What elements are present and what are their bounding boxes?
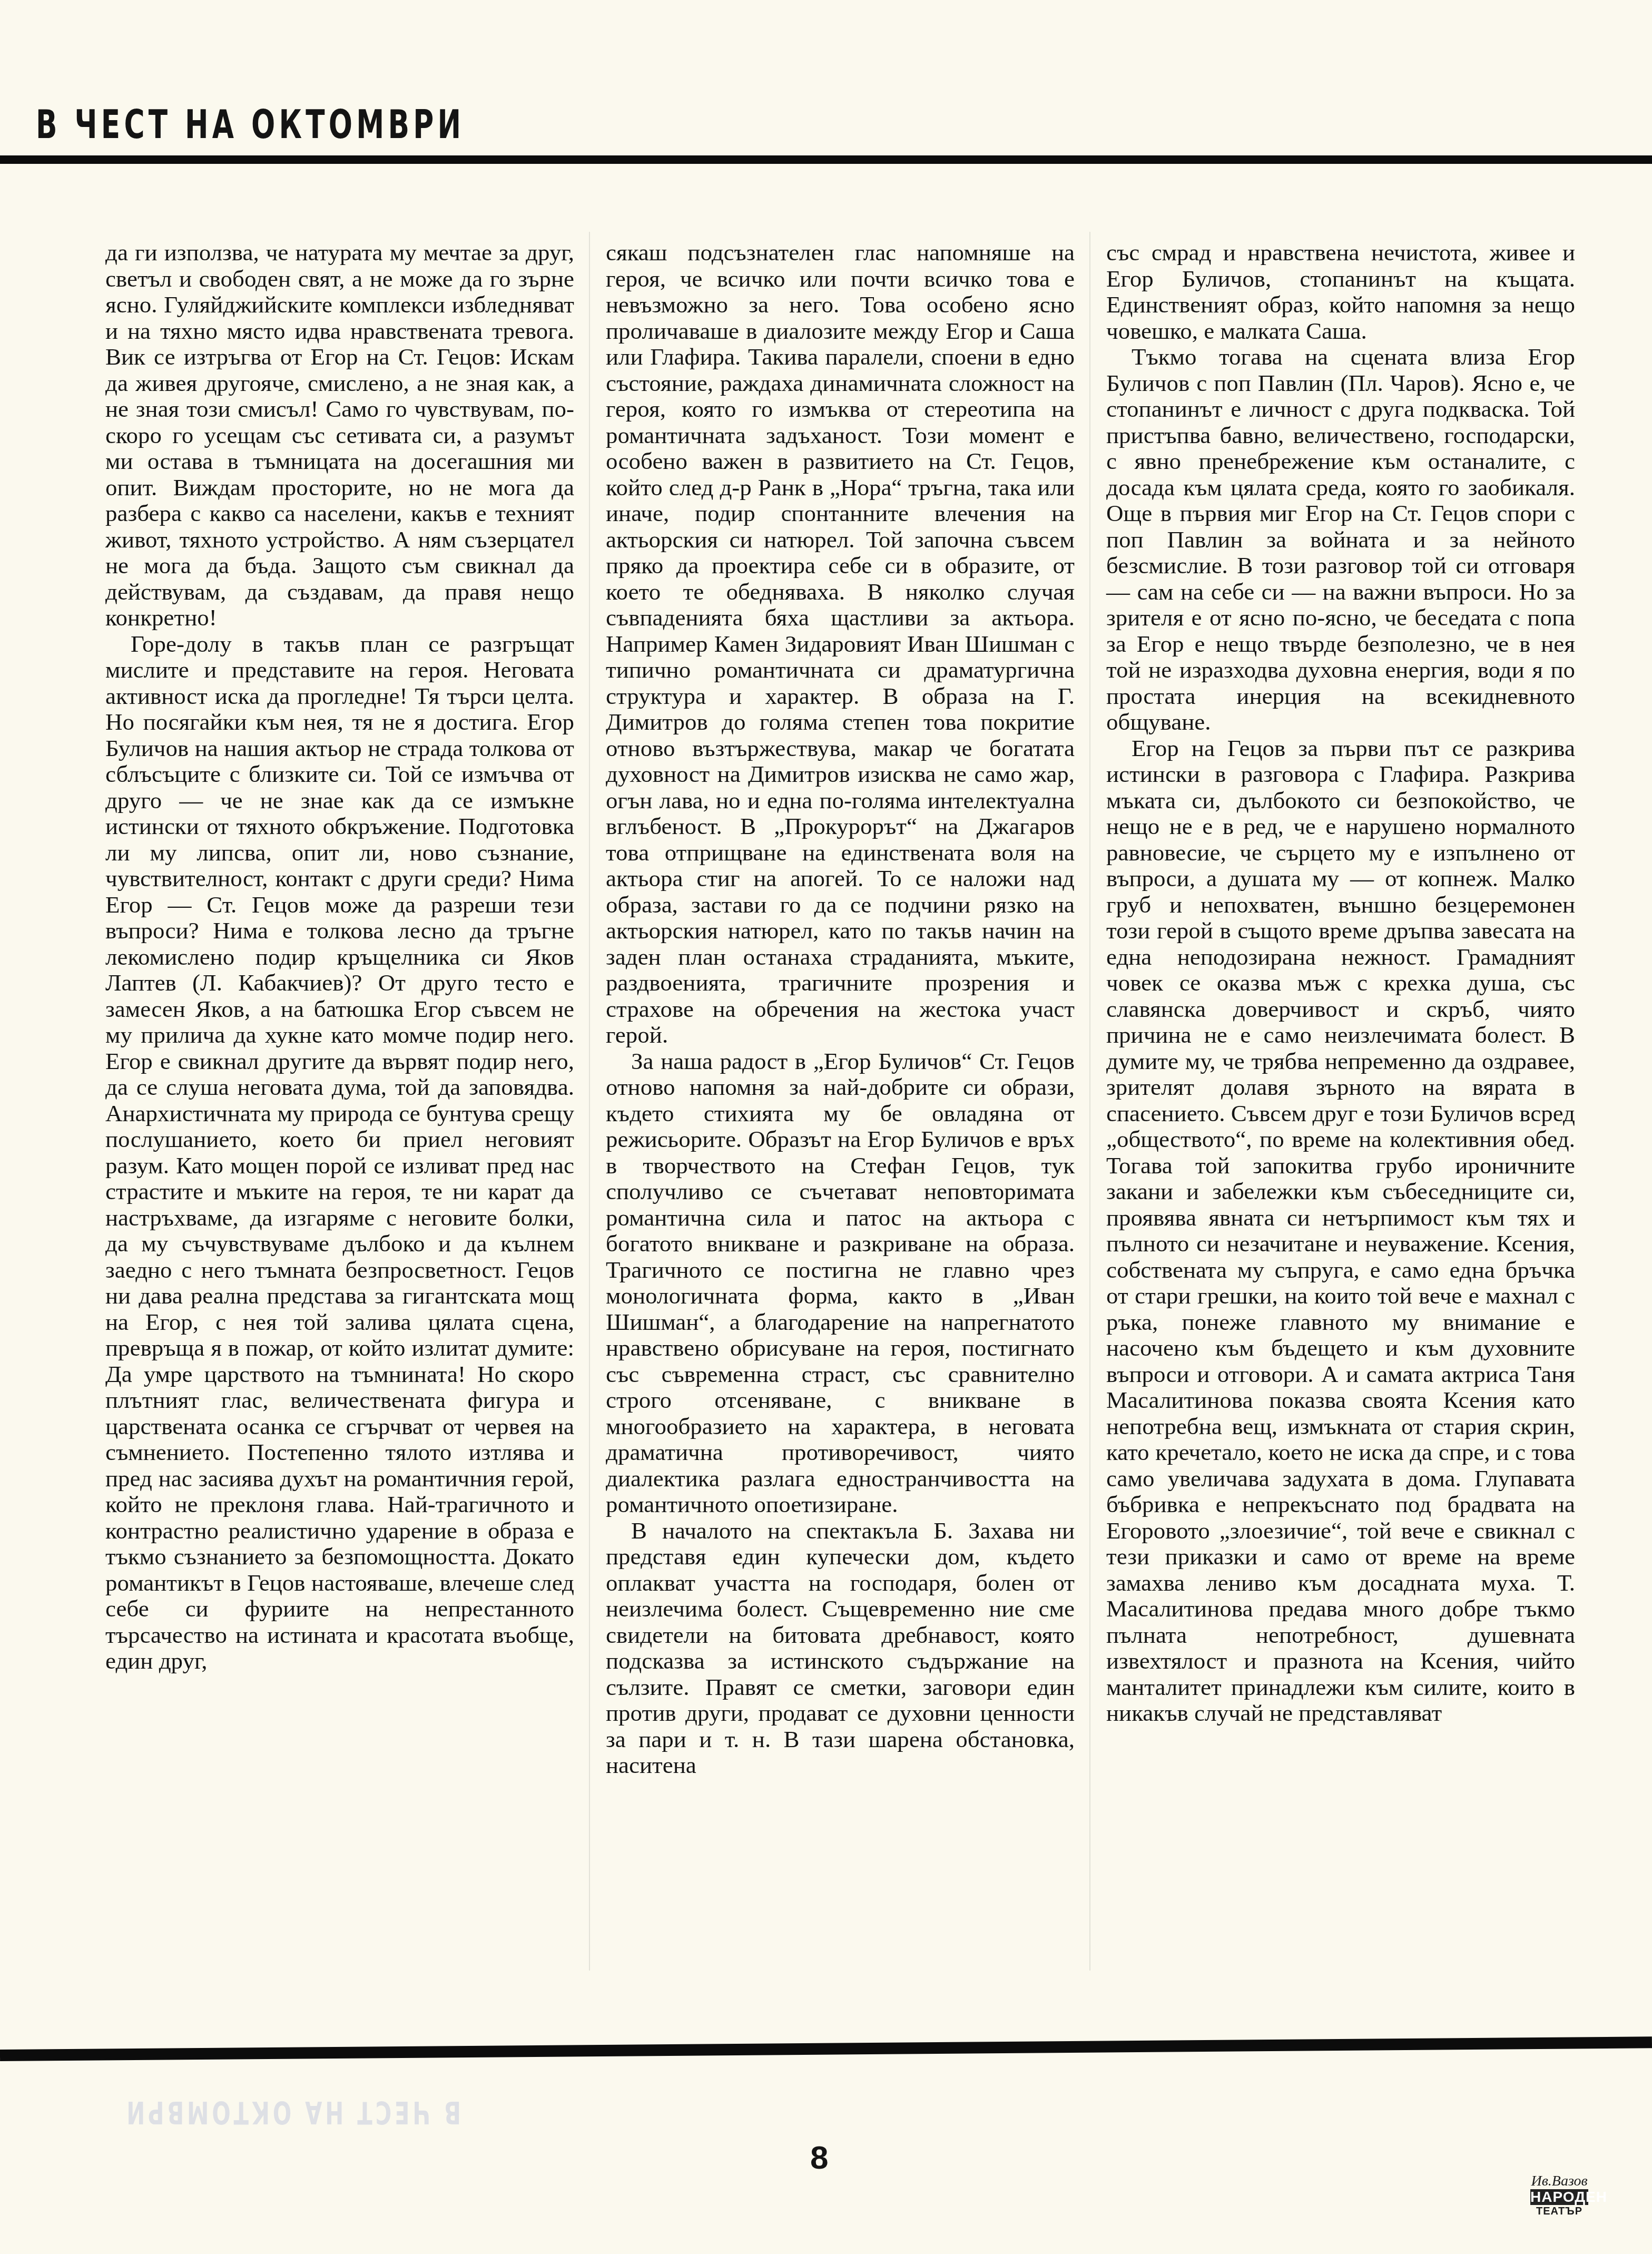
article-column-2: сякаш подсъзнателен глас напомняше на ге… xyxy=(606,240,1075,1779)
bleed-through-title: В ЧЕСТ НА ОКТОМВРИ xyxy=(124,2094,461,2130)
paragraph: Егор на Гецов за първи път се разкрива и… xyxy=(1106,736,1575,1727)
column-divider xyxy=(589,232,590,1971)
paragraph: Тъкмо тогава на сцената влиза Егор Булич… xyxy=(1106,344,1575,736)
footer-rule xyxy=(0,2036,1652,2061)
section-title: В ЧЕСТ НА ОКТОМВРИ xyxy=(36,105,465,144)
article-column-3: със смрад и нравствена нечистота, живее … xyxy=(1106,240,1575,1727)
column-divider xyxy=(1089,232,1090,1971)
paragraph: със смрад и нравствена нечистота, живее … xyxy=(1106,240,1575,344)
theatre-logo: Ив.Вазов НАРОДЕН ТЕАТЪР xyxy=(1530,2173,1588,2218)
logo-sub: ТЕАТЪР xyxy=(1530,2205,1588,2218)
logo-script: Ив.Вазов xyxy=(1530,2173,1588,2189)
paragraph: сякаш подсъзнателен глас напомняше на ге… xyxy=(606,240,1075,1048)
paragraph: В началото на спектакъла Б. Захава ни пр… xyxy=(606,1518,1075,1779)
article-column-1: да ги използва, че натурата му мечтае за… xyxy=(105,240,574,1674)
paragraph: За наша радост в „Егор Буличов“ Ст. Гецо… xyxy=(606,1048,1075,1518)
header-rule xyxy=(0,155,1652,164)
page-number: 8 xyxy=(810,2139,828,2177)
paragraph: Горе-долу в такъв план се разгръщат мисл… xyxy=(105,631,574,1674)
paragraph: да ги използва, че натурата му мечтае за… xyxy=(105,240,574,631)
logo-name: НАРОДЕН xyxy=(1530,2189,1588,2205)
